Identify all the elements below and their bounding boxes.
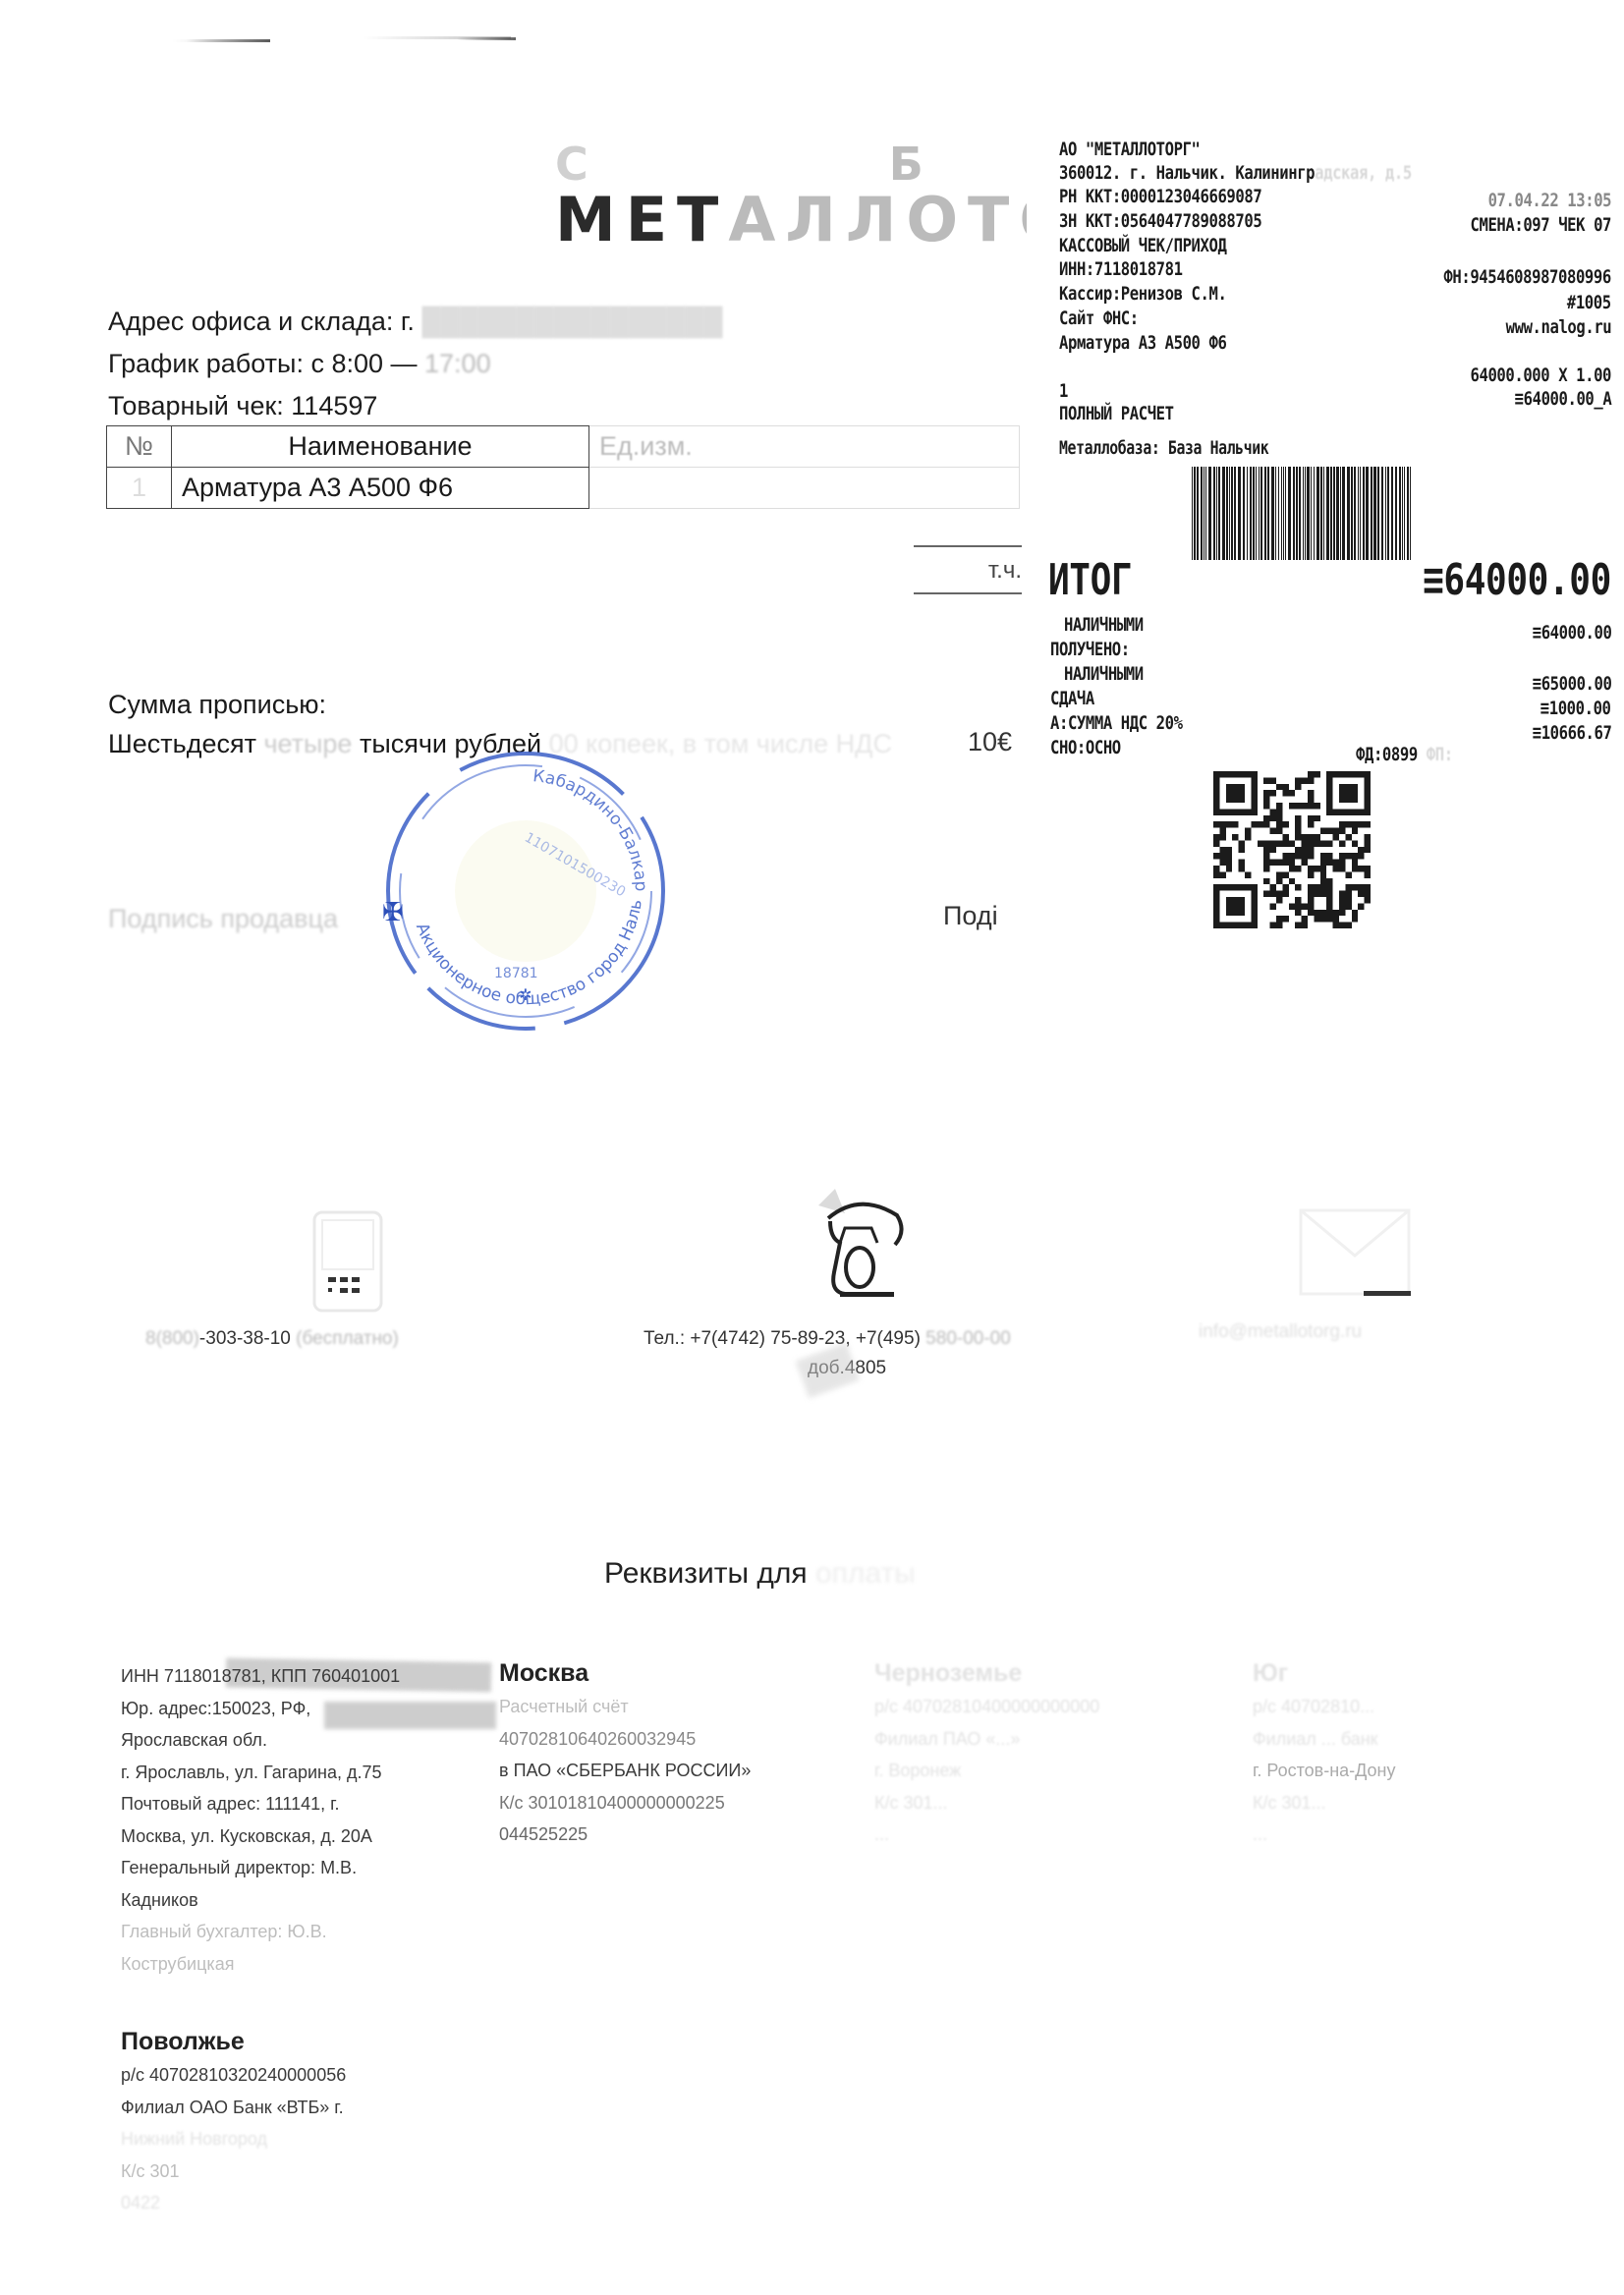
col3-corr: К/с 301... [874,1787,1228,1819]
company-stamp-icon: Кабардино-Балкарская Акционерное обществ… [376,742,676,1041]
moscow-bank: в ПАО «СБЕРБАНК РОССИИ» [499,1755,813,1787]
company-region: Ярославская обл. [121,1724,475,1757]
fiscal-receipt: АО "МЕТАЛЛОТОРГ" 360012. г. Нальчик. Кал… [1027,123,1616,958]
receipt-change-value: ≡1000.00 [1540,698,1611,719]
receipt-item-price-qty: 64000.000 X 1.00 [1470,364,1611,386]
receipt-datetime: 07.04.22 13:05 [1487,190,1611,211]
receipt-company: АО "МЕТАЛЛОТОРГ" [1059,139,1201,160]
contact-mobile: 8(800)-303-38-10 (бесплатно) [145,1328,399,1350]
header-unit: Ед.изм. [589,426,1020,468]
receipt-doc-number: #1005 [1567,292,1611,313]
col3-bik: ... [874,1819,1228,1851]
receipt-zn-kkt: ЗН ККТ:0564047789088705 [1059,210,1261,232]
sum-number-partial: 10€ [968,727,1012,757]
receipt-received-label: ПОЛУЧЕНО: [1050,639,1130,660]
volga-corr: К/с 301 [121,2155,514,2188]
envelope-icon [1297,1206,1415,1305]
receipt-tax-system: СНО:ОСНО [1050,737,1121,758]
receipt-vat-value: ≡10666.67 [1532,722,1611,744]
volga-bik: 0422 [121,2187,514,2219]
company-logo: СБ МЕТАЛЛОТОР [555,138,1027,252]
receipt-vat-label: А:СУММА НДС 20% [1050,712,1183,734]
receipt-received-cash-label: НАЛИЧНЫМИ [1064,663,1144,685]
col4-bank: Филиал ... банк [1253,1723,1587,1756]
moscow-corr-account: К/с 30101810400000000225 [499,1787,813,1819]
svg-text:✠: ✠ [382,898,404,927]
barcode-icon [1192,467,1413,560]
receipt-fns-label: Сайт ФНС: [1059,308,1139,329]
logo-top-line: СБ [555,138,1027,189]
row-name: Арматура А3 А500 Ф6 [172,468,589,509]
scan-artifact [187,39,270,42]
col4-account: р/с 40702810... [1253,1691,1587,1723]
row-unit [589,468,1020,509]
receipt-total-value: ≡64000.00 [1423,555,1611,605]
contact-desk-phone: Тел.: +7(4742) 75-89-23, +7(495) 580-00-… [644,1328,1011,1350]
requisites-company: ИНН 7118018781, КПП 760401001 Юр. адрес:… [121,1660,475,1980]
receipt-base: Металлобаза: База Нальчик [1059,437,1268,459]
col4-city: г. Ростов-на-Дону [1253,1755,1587,1787]
volga-city: Нижний Новгород [121,2123,514,2155]
receipt-address: 360012. г. Нальчик. Калининградская, д.5 [1059,162,1412,184]
col4-heading: Юг [1253,1655,1587,1691]
seller-signature-label: Подпись продавца [108,904,338,934]
requisites-column-3: Черноземье р/с 40702810400000000000 Фили… [874,1655,1228,1851]
receipt-shift: СМЕНА:097 ЧЕК 07 [1470,214,1611,236]
scan-artifact [796,1343,860,1398]
receipt-cash-label: НАЛИЧНЫМИ [1064,614,1144,636]
receipt-item-name: Арматура А3 А500 Ф6 [1059,332,1226,354]
moscow-account-label: Расчетный счёт [499,1691,813,1723]
col3-city: г. Воронеж [874,1755,1228,1787]
header-num: № [107,426,172,468]
receipt-fn: ФН:9454608987080996 [1444,266,1611,288]
receipt-doc-type: КАССОВЫЙ ЧЕК/ПРИХОД [1059,235,1226,256]
company-accountant-label: Главный бухгалтер: Ю.В. [121,1916,475,1948]
receipt-item-sum: ≡64000.00_А [1514,388,1611,410]
receipt-cashier: Кассир:Ренизов С.М. [1059,283,1226,305]
receipt-rn-kkt: РН ККТ:0000123046669087 [1059,186,1261,207]
items-table: № Наименование Ед.изм. 1 Арматура А3 А50… [106,425,1020,509]
table-header-row: № Наименование Ед.изм. [107,426,1020,468]
work-hours: График работы: с 8:00 — 17:00 [108,349,491,379]
requisites-title: Реквизиты для оплаты [604,1557,916,1591]
receipt-fns-site: www.nalog.ru [1505,316,1611,338]
buyer-signature-label: Поді [943,901,998,931]
scan-artifact [457,37,516,40]
svg-text:18781: 18781 [494,966,538,981]
company-accountant-name: Кострубицкая [121,1948,475,1981]
volga-account: р/с 40702810320240000056 [121,2059,514,2092]
office-address: Адрес офиса и склада: г. ███████████████… [108,307,723,337]
col3-bank: Филиал ПАО «...» [874,1723,1228,1756]
company-postal-street: Москва, ул. Кусковская, д. 20А [121,1820,475,1853]
svg-text:✲: ✲ [519,985,532,1004]
table-row: 1 Арматура А3 А500 Ф6 [107,468,1020,509]
volga-heading: Поволжье [121,2024,514,2059]
moscow-heading: Москва [499,1655,813,1691]
row-num: 1 [107,468,172,509]
requisites-column-4: Юг р/с 40702810... Филиал ... банк г. Ро… [1253,1655,1587,1851]
receipt-cash-value: ≡64000.00 [1532,622,1611,644]
col3-heading: Черноземье [874,1655,1228,1691]
sum-in-words-label: Сумма прописью: [108,690,326,720]
header-name: Наименование [172,426,589,468]
receipt-received-cash-value: ≡65000.00 [1532,673,1611,695]
mobile-phone-icon [312,1210,386,1318]
receipt-fd: ФД:0899 ФП: [1356,744,1453,765]
desk-phone-icon [801,1184,919,1302]
col4-bik: ... [1253,1819,1587,1851]
vat-total-box: т.ч. [914,545,1022,594]
col4-corr: К/с 301... [1253,1787,1587,1819]
receipt-item-index: 1 [1059,380,1068,402]
moscow-bik: 044525225 [499,1819,813,1851]
col3-account: р/с 40702810400000000000 [874,1691,1228,1723]
requisites-volga: Поволжье р/с 40702810320240000056 Филиал… [121,2024,514,2219]
receipt-inn: ИНН:7118018781 [1059,258,1183,280]
logo-main-line: МЕТАЛЛОТОР [555,189,1027,252]
company-postal-address: Почтовый адрес: 111141, г. [121,1788,475,1820]
receipt-total-label: ИТОГ [1048,555,1132,605]
sales-receipt-number: Товарный чек: 114597 [108,391,377,421]
company-director-name: Кадников [121,1884,475,1917]
company-street: г. Ярославль, ул. Гагарина, д.75 [121,1757,475,1789]
receipt-payment-type: ПОЛНЫЙ РАСЧЕТ [1059,403,1174,424]
requisites-moscow: Москва Расчетный счёт 407028106402600329… [499,1655,813,1851]
receipt-change-label: СДАЧА [1050,688,1094,709]
qr-code-icon [1213,771,1371,928]
contact-email: info@metallotorg.ru [1199,1321,1362,1343]
company-legal-address: Юр. адрес:150023, РФ, [121,1693,475,1725]
company-inn-kpp: ИНН 7118018781, КПП 760401001 [121,1660,475,1693]
company-director-label: Генеральный директор: М.В. [121,1852,475,1884]
volga-bank: Филиал ОАО Банк «ВТБ» г. [121,2092,514,2124]
moscow-account-number: 40702810640260032945 [499,1723,813,1756]
